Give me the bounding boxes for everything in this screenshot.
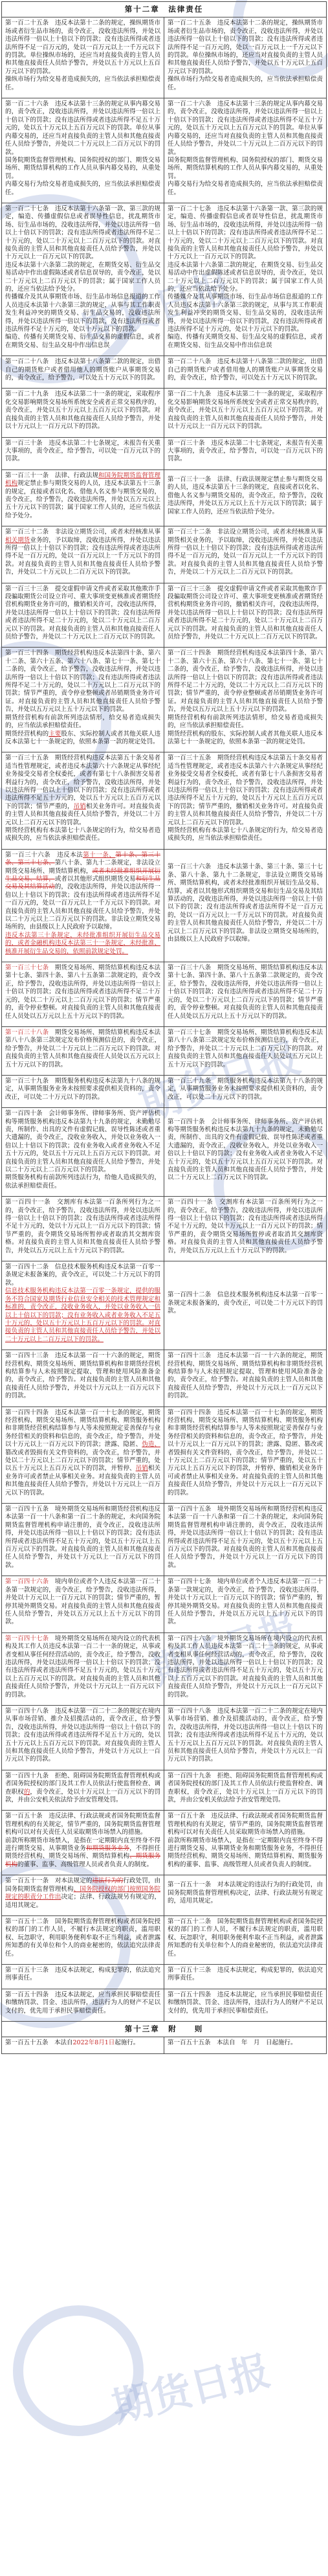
paragraph: 第一百二十九条 违反本法第二十一条的规定，采取程序化交易影响期货交易场所系统安全… [5,390,160,431]
article-row: 第一百三十条 违反本法第二十七条规定，未报告有关重大事项的，责令改正，给予警告，… [2,437,327,469]
paragraph: 编造、传播有关期货交易、衍生品交易的虚假信息，或者在期货交易、衍生品交易中作出信… [168,333,323,350]
text: 操纵市场行为给交易者造成损失的，应当依法承担赔偿责任。 [168,76,323,91]
text: 第一百三十条 违反本法第二十七条规定，未报告有关重大事项的，责令改正，给予警告，… [168,440,323,463]
text: 第一百五十五条 本法自 [5,2039,73,2046]
article-cell-left: 第一百四十三条 违反本法第一百一十六条的规定，期货经营机构、期货交易场所、期货结… [2,1350,164,1407]
article-cell-right: 第一百四十五条 境外期货交易场所和期货经营机构违反本法第一百一十八条和第一百二十… [164,1504,327,1576]
text: 操纵市场行为给交易者造成损失的，应当依法承担赔偿责任。 [5,76,160,91]
red-text: 2022年8月1日 [73,2039,115,2046]
article-cell-right: 第一百二十五条 违反本法第十二条的规定，操纵期货市场或者衍生品市场的，责令改正，… [164,17,327,98]
paragraph: 操纵市场行为给交易者造成损失的，应当依法承担赔偿责任。 [5,76,160,92]
article-cell-right: 第一百三十八条 期货交易场所、期货结算机构违反本法第十七条、第四十条、第八十五条… [164,962,327,1027]
article-row: 第一百五十条 违反法律、行政法规或者国务院期货监督管理机构的有关规定，情节严重的… [2,1811,327,1875]
paragraph: 第一百五十五条 本法自 年 月 日起施行。 [168,2039,323,2047]
paragraph: 第一百二十八条 违反本法第十八条第二款的规定，出借自己的期货账户或者借用他人的期… [168,358,323,382]
paragraph: 第一百五十四条 违反本法规定，应当承担民事赔偿责任和缴纳罚款、罚金、违法所得，违… [168,1991,323,2015]
text: 内幕交易行为给交易者造成损失的，应当依法承担赔偿责任。 [168,181,323,196]
article-cell-left: 第一百五十一条 对本法规定的违法行为的行政处罚，由国务院期货监督管理机构、国务院… [2,1875,164,1916]
text: 第一百二十九条 违反本法第二十一条的规定，采取程序化交易影响期货交易场所系统安全… [5,390,160,430]
text: 第一百五十一条 对本法规定的 [5,1877,92,1884]
article-row: 第一百四十七条 境外期货交易场所在境内设立的代表机构及其工作人员违反本法第一百二… [2,1633,327,1705]
article-row: 第一百四十三条 违反本法第一百一十六条的规定，期货经营机构、期货交易场所、期货结… [2,1350,327,1407]
article-cell-left: 第一百五十三条 违反本法规定，构成犯罪的，依法追究刑事责任。 [2,1964,164,1989]
text: 第一百四十七条 境内单位或者个人违反本法第一百二十条第一款规定的，责令改正，给予… [168,1578,323,1625]
article-cell-right: 第一百三十一条 法律、行政法规规定禁止参与期货交易的人员，违反本法第五十三条的规… [164,469,327,526]
text: 国务院期货监督管理机构、国务院授权的部门、期货交易场所、期货结算机构的工作人员从… [5,157,160,180]
text: 期货经营机构有本法第七十八条规定的行为，给交易者造成损失的，应当依法承担赔偿责任… [5,827,160,842]
text: 第一百五十三条 违反本法规定，构成犯罪的，依法追究刑事责任。 [5,1967,160,1982]
text: 规定禁止参与期货交易的人员，违反本法第五十三条的规定，直接或者以化名、借他人名义… [5,480,160,519]
text: 的董事、监事、高级管理人员或者负责人的制度。 [17,1861,153,1868]
article-row: 第一百三十四条 期货经营机构违反本法第四十条、第六十二条、第六十五条、第六十八条… [2,648,327,752]
text: 第一百五十四条 违反本法规定，应当承担民事赔偿责任和缴纳罚款、罚金、违法所得，违… [168,1991,323,2015]
text: 第一百三十三条 提交虚假申请文件或者采取其他欺诈手段骗取期货公司设立许可、重大事… [168,585,323,640]
article-cell-right: 第一百四十四条 违反本法第一百一十七条的规定，期货经营机构、期货交易场所、期货结… [164,1407,327,1503]
watermark-ring [13,2305,144,2436]
paragraph: 内幕交易行为给交易者造成损失的，应当依法承担赔偿责任。 [168,181,323,197]
deleted-text: 和期货服务业务 [86,1845,129,1852]
text: 期货经营机构的股东、实际控制人或者其他关联人违反本法第七十一条规定的，依照本条第… [168,730,323,745]
article-cell-right: 第一百五十一条 对本法规定的违法行为的行政处罚，由国务院期货监督管理机构决定，法… [164,1875,327,1916]
paragraph: 第一百二十六条 违反本法第十三条的规定从事内幕交易的，责令改正，没收违法所得，并… [5,100,160,157]
article-row: 第一百三十一条 法律、行政法规和国务院期货监督管理机构规定禁止参与期货交易的人员… [2,469,327,526]
red-text: 第一百四十七条 [5,1635,49,1642]
text: 期货交易场所、期货结算机构违反本法第十七条、第四十条、第八十五条第二款规定的，责… [5,964,160,1019]
article-cell-left: 第一百二十七条 违反本法第十六条第一款、第三款的规定，编造、传播虚假信息或者误导… [2,203,164,356]
text: 第一百二十五条 违反本法第十二条的规定，操纵期货市场或者衍生品市场的，责令改正，… [5,19,160,74]
text: 编造、传播有关期货交易、衍生品交易的虚假信息，或者在期货交易、衍生品交易中作出信… [5,333,160,348]
article-cell-left: 第一百三十二条 非法设立期货公司，或者未经核准从事相关期货业务的，予以取缔，没收… [2,526,164,583]
paragraph: 第一百四十九条 拒绝、阻碍国务院期货监督管理机构或者国务院授权的部门及其工作人员… [168,1772,323,1805]
article-cell-right: 第一百二十九条 违反本法第二十一条的规定，采取程序化交易影响期货交易场所系统安全… [164,389,327,437]
text: 第一百五十条 违反法律、行政法规或者国务院期货监督管理机构的有关规定，情节严重的… [168,1813,323,1836]
article-cell-right: 第一百三十二条 非法设立期货公司，或者未经核准从事期货相关业务的，予以取缔，没收… [164,526,327,583]
red-text: 第一百三十七条 [5,964,49,971]
text: 期货经营机构的 [5,730,49,738]
article-cell-right: 第一百三十四条 期货经营机构违反本法第四十条、第六十二条、第六十五条、第六十八条… [164,648,327,752]
article-cell-left: 第一百四十八条 违反本法第一百二十二条的规定在境内从事市场营销、推介及招揽活动的… [2,1705,164,1770]
article-row: 第一百三十六条 违反本法第十一条、第十条、第三十条、第三十七条、第八十条、第九十… [2,849,327,962]
text: 违反本法第十六条第二款的规定，在期货交易、衍生品交易活动中作出虚假陈述或者信息误… [168,262,323,293]
paragraph: 国务院期货监督管理机构、国务院授权的部门、期货交易场所、期货结算机构的工作人员从… [5,157,160,181]
article-row: 第一百五十一条 对本法规定的违法行为的行政处罚，由国务院期货监督管理机构、国务院… [2,1875,327,1916]
text: 第一百三十二条 非法设立期货公司，或者未经核准从事期货相关业务的，予以取缔，没收… [168,528,323,576]
paragraph: 违反本法第十六条第二款的规定，在期货交易、衍生品交易活动中作出虚假陈述或者信息误… [168,262,323,294]
text: 起施行。 [115,2039,139,2046]
paragraph: 第一百四十一条 交割库有本法第一百条所列行为之一的，责令改正，给予警告，没收违法… [168,1199,323,1255]
article-cell-right: 第一百三十七条 期货交易场所、期货结算机构违反本法第八十八条第三款规定发布价格预… [164,1026,327,1075]
paragraph: 第一百四十一条 交割库有本法第一百条所列行为之一的，责令改正，给予警告，没收违法… [5,1199,160,1255]
article-cell-left: 第一百五十四条 违反本法规定，应当承担民事赔偿责任和缴纳罚款、罚金、违法所得，违… [2,1989,164,2021]
article-row: 第一百二十八条 违反本法第十八条第二款的规定，出借自己的期货账户或者借用他人的期… [2,356,327,389]
text: 第一百二十八条 违反本法第十八条第二款的规定，出借自己的期货账户或者借用他人的期… [168,358,323,381]
paragraph: 第一百五十四条 违反本法规定，应当承担民事赔偿责任和缴纳罚款、罚金、违法所得，违… [5,1991,160,2015]
article-cell-left: 第一百二十九条 违反本法第二十一条的规定，采取程序化交易影响期货交易场所系统安全… [2,389,164,437]
text: 第一百二十七条 违反本法第十六条第一款、第三款的规定，编造、传播虚假信息或者误导… [5,205,160,260]
paragraph: 传播媒介及其从事期货市场、衍生品市场信息报道的工作人员违反本法第十六条第三款的规… [5,293,160,333]
paragraph: 期货经营机构有前款所列违法情形，给交易者造成损失的，应当依法承担赔偿责任。 [168,714,323,730]
paragraph: 第一百二十七条 违反本法第十六条第一款、第三款的规定，编造、传播虚假信息或者误导… [5,205,160,262]
article-cell-left: 第一百四十五条 境外期货交易场所和期货经营机构违反本法第一百一十八条和第一百二十… [2,1504,164,1576]
paragraph: 第一百三十五条 期货经营机构违反本法第五十条交易者适当性管理规定，或者违反本法第… [5,754,160,827]
text: 第一百五十四条 违反本法规定，应当承担民事赔偿责任和缴纳罚款、罚金、违法所得，违… [5,1991,160,2015]
paragraph: 传播媒介及其从事期货市场、衍生品市场信息报道的工作人员违反本法第十六条第三款的规… [168,293,323,333]
article-cell-right: 第一百五十条 违反法律、行政法规或者国务院期货监督管理机构的有关规定，情节严重的… [164,1811,327,1875]
document-page: 期货日报期货日报期货日报期货日报 第十二章 法律责任第一百二十五条 违反本法第十… [0,0,328,2576]
paragraph: 期货经营机构有本法第七十八条规定的行为，给交易者造成损失的，应当依法承担赔偿责任… [168,827,323,843]
text: 第一百三十二条 非法设立期货公司，或者未经核准从事 [5,528,160,536]
paragraph: 第一百三十八条 期货交易场所、期货结算机构违反本法第八十八条第三款规定发布价格预… [5,1029,160,1069]
paragraph: 第一百三十四条 期货经营机构违反本法第四十条、第六十二条、第六十五条、第六十八条… [5,650,160,714]
article-row: 第一百二十六条 违反本法第十三条的规定从事内幕交易的，责令改正，没收违法所得，并… [2,98,327,203]
text: 第一百三十四条 期货经营机构违反本法第四十条、第六十二条、第六十五条、第六十八条… [5,650,160,713]
text: 第一百二十五条 违反本法第十二条的规定，操纵期货市场或者衍生品市场的，责令改正，… [168,19,323,74]
article-row: 第一百三十三条 提交虚假申请文件或者采取其他欺诈手段骗取期货公司设立许可、重大事… [2,583,327,648]
paragraph: 第一百二十六条 违反本法第十三条的规定从事内幕交易的，责令改正，没收违法所得，并… [168,100,323,157]
article-cell-right: 第一百三十九条 期货服务机构违反本法第九十八条的规定，从事期货服务业务未按照要求… [164,1075,327,1107]
paragraph: 前款所称期货市场禁入，是指在一定期限内直至终身不得进行期货交易、从事期货业务和期… [5,1837,160,1870]
article-cell-left: 第一百五十二条 国务院期货监督管理机构或者国务院授权的部门的工作人员，不履行本法… [2,1915,164,1964]
article-cell-right: 第一百二十八条 违反本法第十八条第二款的规定，出借自己的期货账户或者借用他人的期… [164,356,327,389]
text: 境外期货交易场所在境内设立的代表机构及其工作人员违反本法第一百二十一条的规定，从… [5,1635,160,1699]
article-cell-left: 第一百三十六条 违反本法第十一条、第十条、第三十条、第三十七条、第八十条、第九十… [2,849,164,962]
paragraph: 前款所称期货市场禁入，是指在一定期限内直至终身不得进行期货交易、从事期货业务和期… [168,1837,323,1870]
paragraph: 编造、传播有关期货交易、衍生品交易的虚假信息，或者在期货交易、衍生品交易中作出信… [5,333,160,350]
text: 前款所称期货市场禁入，是指在一定期限内直至终身不得进行期货交易、从事期货业务和期… [168,1837,323,1868]
paragraph: 第一百三十条 违反本法第二十七条规定，未报告有关重大事项的，责令改正，给予警告，… [168,440,323,464]
paragraph: 第一百四十五条 境外期货交易场所和期货经营机构违反本法第一百一十八条和第一百二十… [168,1506,323,1570]
paragraph: 第一百三十二条 非法设立期货公司，或者未经核准从事相关期货业务的，予以取缔，没收… [5,528,160,576]
paragraph: 第一百三十四条 期货经营机构违反本法第四十条、第六十二条、第六十五条、第六十八条… [168,650,323,714]
paragraph: 第一百三十一条 法律、行政法规规定禁止参与期货交易的人员，违反本法第五十三条的规… [168,476,323,516]
inserted-text: 吊销 [74,803,86,810]
paragraph: 第一百三十一条 法律、行政法规和国务院期货监督管理机构规定禁止参与期货交易的人员… [5,472,160,520]
paragraph: 第一百四十七条 境内单位或者个人违反本法第一百二十条第一款规定的，责令改正，给予… [168,1578,323,1626]
paragraph: 第一百四十六条 境内单位或者个人违反本法第一百二十条第一款规定的，责令改正，给予… [5,1578,160,1626]
paragraph: 第一百四十条 会计师事务所、律师事务所、资产评估机构等期货服务机构违反本法第九十… [168,1118,323,1182]
paragraph: 第一百三十八条 期货交易场所、期货结算机构违反本法第十七条、第四十条、第八十五条… [168,964,323,1021]
article-cell-right: 第一百五十四条 违反本法规定，应当承担民事赔偿责任和缴纳罚款、罚金、违法所得，违… [164,1989,327,2021]
paragraph: 第一百二十七条 违反本法第十六条第一款、第三款的规定，编造、传播虚假信息或者误导… [168,205,323,262]
inserted-text: 主要 [49,730,61,738]
text: 第一百五十二条 国务院期货监督管理机构或者国务院授权的部门的工作人员，不履行本法… [168,1918,323,1958]
paragraph: 第一百二十八条 违反本法第十八条第二款的规定，出借自己的期货账户或者借用他人的期… [5,358,160,382]
article-cell-right: 第一百四十条 会计师事务所、律师事务所、资产评估机构等期货服务机构违反本法第九十… [164,1108,327,1197]
article-cell-left: 第一百四十九条 拒绝、阻碍国务院期货监督管理机构或者国务院授权的部门及其工作人员… [2,1770,164,1811]
paragraph: 第一百五十二条 国务院期货监督管理机构或者国务院授权的部门的工作人员，不履行本法… [5,1918,160,1958]
article-row: 第一百五十三条 违反本法规定，构成犯罪的，依法追究刑事责任。第一百五十三条 违反… [2,1964,327,1989]
paragraph: 第一百三十三条 提交虚假申请文件或者采取其他欺诈手段骗取期货公司设立许可、重大事… [5,585,160,642]
text: 第一百四十条 会计师事务所、律师事务所、资产评估机构等期货服务机构违反本法第九十… [5,1110,160,1173]
paragraph: 第一百四十三条 违反本法第一百一十六条的规定，期货经营机构、期货交易场所、期货结… [168,1352,323,1400]
text: 第一百四十五条 境外期货交易场所和期货经营机构违反本法第一百一十八条和第一百二十… [5,1506,160,1569]
red-text: 第一百三十八条 [5,1029,49,1036]
article-cell-right: 第一百四十一条 交割库有本法第一百条所列行为之一的，责令改正，给予警告，没收违法… [164,1197,327,1261]
text: 第一百三十八条 期货交易场所、期货结算机构违反本法第十七条、第四十条、第八十五条… [168,964,323,1019]
text: 第一百三十四条 期货经营机构违反本法第四十条、第六十二条、第六十五条、第六十八条… [168,650,323,713]
paragraph: 第一百二十九条 违反本法第二十一条的规定，采取程序化交易影响期货交易场所系统安全… [168,390,323,431]
article-row: 第一百三十二条 非法设立期货公司，或者未经核准从事相关期货业务的，予以取缔，没收… [2,526,327,583]
paragraph: 第一百三十三条 提交虚假申请文件或者采取其他欺诈手段骗取期货公司设立许可、重大事… [168,585,323,642]
article-cell-right: 第一百二十七条 违反本法第十六条第一款、第三款的规定，编造、传播虚假信息或者误导… [164,203,327,356]
paragraph: 第一百二十五条 违反本法第十二条的规定，操纵期货市场或者衍生品市场的，责令改正，… [5,19,160,76]
text: 第一百四十六条 境外期货交易场所在境内设立的代表机构及其工作人员违反本法第一百二… [168,1635,323,1699]
comparison-table-body: 第十二章 法律责任第一百二十五条 违反本法第十二条的规定，操纵期货市场或者衍生品… [2,2,327,2054]
paragraph: 第一百三十二条 非法设立期货公司，或者未经核准从事期货相关业务的，予以取缔，没收… [168,528,323,576]
article-cell-left: 第一百三十一条 法律、行政法规和国务院期货监督管理机构规定禁止参与期货交易的人员… [2,469,164,526]
text: 第一百三十六条 违反本法 [5,852,83,859]
text: 第一百四十五条 境外期货交易场所和期货经营机构违反本法第一百一十八条和第一百二十… [168,1506,323,1569]
article-row: 第一百二十九条 违反本法第二十一条的规定，采取程序化交易影响期货交易场所系统安全… [2,389,327,437]
paragraph: 第一百四十五条 境外期货交易场所和期货经营机构违反本法第一百一十八条和第一百二十… [5,1506,160,1570]
article-cell-left: 第一百五十五条 本法自2022年8月1日起施行。 [2,2037,164,2053]
article-row: 第一百三十九条 期货服务机构违反本法第九十八条的规定，从事期货服务业务未按照要求… [2,1075,327,1107]
text: 第一百二十八条 违反本法第十八条第二款的规定，出借自己的期货账户或者借用他人的期… [5,358,160,381]
paragraph: 第一百五十条 违反法律、行政法规或者国务院期货监督管理机构的有关规定，情节严重的… [168,1813,323,1836]
article-cell-right: 第一百四十二条 信息技术服务机构违反本法第一百零一条规定未报备案的，责令改正，可… [164,1261,327,1350]
article-row: 第一百四十九条 拒绝、阻碍国务院期货监督管理机构或者国务院授权的部门及其工作人员… [2,1770,327,1811]
inserted-text: 的 [24,1789,30,1796]
article-cell-left: 第一百四十二条 信息技术服务机构违反本法第一百零一条规定未报备案的，责令改正，可… [2,1261,164,1350]
paragraph: 第一百五十二条 国务院期货监督管理机构或者国务院授权的部门的工作人员，不履行本法… [168,1918,323,1958]
article-cell-left: 第一百三十八条 期货交易场所、期货结算机构违反本法第八十八条第三款规定发布价格预… [2,1026,164,1075]
paragraph: 第一百四十四条 违反本法第一百一十七条的规定，期货经营机构、期货交易场所、期货结… [168,1409,323,1497]
paragraph: 第一百四十三条 违反本法第一百一十六条的规定，期货经营机构、期货交易场所、期货结… [5,1352,160,1400]
paragraph: 第一百三十七条 期货交易场所、期货结算机构违反本法第八十八条第三款规定发布价格预… [168,1029,323,1069]
text: 或者以其他形式组织期货交易 [55,876,136,883]
chapter-title: 第十三章 附 则 [2,2021,327,2037]
text: 传播媒介及其从事期货市场、衍生品市场信息报道的工作人员违反本法第十六条第三款的规… [5,293,160,333]
text: 内幕交易行为给交易者造成损失的，应当依法承担赔偿责任。 [5,181,160,196]
text: 期货经营机构有前款所列违法情形，给交易者造成损失的，应当依法承担赔偿责任。 [5,714,160,729]
paragraph: 第一百四十七条 境外期货交易场所在境内设立的代表机构及其工作人员违反本法第一百二… [5,1635,160,1699]
text: 第一百四十八条 违反本法第一百二十二条的规定在境内从事市场营销、推介及招揽活动的… [168,1708,323,1763]
article-cell-left: 第一百三十九条 期货服务机构违反本法第九十八条的规定，从事期货服务业务未按照要求… [2,1075,164,1107]
article-cell-left: 第一百四十条 会计师事务所、律师事务所、资产评估机构等期货服务机构违反本法第九十… [2,1108,164,1197]
paragraph: 第一百五十一条 对本法规定的违法行为的行政处罚，由国务院期货监督管理机构、国务院… [5,1877,160,1910]
text: 第一百四十一条 交割库有本法第一百条所列行为之一的，责令改正，给予警告，没收违法… [5,1199,160,1254]
text: 第一百四十四条 违反本法第一百一十七条的规定，期货经营机构、期货交易场所、期货结… [5,1409,160,1449]
paragraph: 内幕交易行为给交易者造成损失的，应当依法承担赔偿责任。 [5,181,160,197]
text: 期货经营机构有本法第七十八条规定的行为，给交易者造成损失的，应当依法承担赔偿责任… [168,827,323,842]
article-cell-left: 第一百三十三条 提交虚假申请文件或者采取其他欺诈手段骗取期货公司设立许可、重大事… [2,583,164,648]
paragraph: 第一百四十八条 违反本法第一百二十二条的规定在境内从事市场营销、推介及招揽活动的… [5,1708,160,1764]
paragraph: 第一百二十五条 违反本法第十二条的规定，操纵期货市场或者衍生品市场的，责令改正，… [168,19,323,76]
text: 第一百三十五条 期货经营机构违反本法第五十条交易者适当性管理规定，或者违反本法第… [5,754,160,809]
text: 第一百三十一条 法律、行政法规规定禁止参与期货交易的人员，违反本法第五十三条的规… [168,476,323,515]
chapter-row: 第十二章 法律责任 [2,2,327,17]
article-cell-left: 第一百四十四条 违反本法第一百一十七条的规定，期货经营机构、期货交易场所、期货结… [2,1407,164,1503]
paragraph: 违反本法第三十条规定，未经批准组织开展衍生品交易的，或者金融机构违反本法第三十一… [5,932,160,956]
text: 第一百四十三条 违反本法第一百一十六条的规定，期货经营机构、期货交易场所、期货结… [168,1352,323,1399]
text: 国务院期货监督管理机构、国务院授权的部门、期货交易场所、期货结算机构的工作人员从… [168,157,323,180]
inserted-text: 第十一条、 [83,852,115,859]
watermark-text: 期货日报 [105,2338,275,2433]
inserted-text: 相关期货 [5,537,30,544]
article-row: 第一百四十六条 境内单位或者个人违反本法第一百二十条第一款规定的，责令改正，给予… [2,1576,327,1633]
paragraph: 期货经营机构的股东、实际控制人或者其他关联人违反本法第七十一条规定的，依照本条第… [168,730,323,747]
text: 第一百四十四条 违反本法第一百一十七条的规定，期货经营机构、期货交易场所、期货结… [168,1409,323,1497]
text: 第一百二十九条 违反本法第二十一条的规定，采取程序化交易影响期货交易场所系统安全… [168,390,323,430]
text: 第一百四十条 会计师事务所、律师事务所、资产评估机构等期货服务机构违反本法第九十… [168,1118,323,1182]
text: 第一百三十三条 提交虚假申请文件或者采取其他欺诈手段骗取期货公司设立许可、重大事… [5,585,160,640]
article-cell-right: 第一百四十七条 境内单位或者个人违反本法第一百二十条第一款规定的，责令改正，给予… [164,1576,327,1633]
text: 第一百三十九条 期货服务机构违反本法第九十八条的规定，从事期货服务业务未按照要求… [168,1078,323,1101]
article-row: 第一百五十五条 本法自2022年8月1日起施行。第一百五十五条 本法自 年 月 … [2,2037,327,2053]
text: 第一百五十条 违反法律、行政法规或者国务院期货监督管理机构的有关规定，情节严重的… [5,1813,160,1836]
article-row: 第一百四十二条 信息技术服务机构违反本法第一百零一条规定未报备案的，责令改正，可… [2,1261,327,1350]
paragraph: 期货服务机构有前款所列违法行为，给他人造成损失的，依法承担赔偿责任。 [5,1174,160,1190]
paragraph: 期货经营机构有本法第七十八条规定的行为，给交易者造成损失的，应当依法承担赔偿责任… [5,827,160,843]
paragraph: 第一百五十三条 违反本法规定，构成犯罪的，依法追究刑事责任。 [168,1967,323,1983]
text: 编造、传播有关期货交易、衍生品交易的虚假信息，或者在期货交易、衍生品交易中作出信… [168,333,323,348]
article-cell-right: 第一百二十六条 违反本法第十三条的规定从事内幕交易的，责令改正，没收违法所得，并… [164,98,327,203]
paragraph: 第一百五十三条 违反本法规定，构成犯罪的，依法追究刑事责任。 [5,1967,160,1983]
article-cell-right: 第一百四十九条 拒绝、阻碍国务院期货监督管理机构或者国务院授权的部门及其工作人员… [164,1770,327,1811]
paragraph: 第一百三十六条 违反本法第十条、第三十条、第三十七条、第八十条、第九十二条规定，… [168,863,323,943]
article-cell-left: 第一百三十四条 期货经营机构违反本法第四十条、第六十二条、第六十五条、第六十八条… [2,648,164,752]
paragraph: 第一百四十八条 违反本法第一百二十二条的规定在境内从事市场营销、推介及招揽活动的… [168,1708,323,1764]
paragraph: 第一百五十一条 对本法规定的违法行为的行政处罚，由国务院期货监督管理机构决定，法… [168,1881,323,1905]
paragraph: 信息技术服务机构违反本法第一百零一条规定，提供的服务不符合国家及期货行业信息安全… [5,1287,160,1344]
paragraph: 第一百三十五条 期货经营机构违反本法第五十条交易者适当性管理规定，或者违反本法第… [168,754,323,827]
article-cell-right: 第一百四十三条 违反本法第一百一十六条的规定，期货经营机构、期货交易场所、期货结… [164,1350,327,1407]
article-cell-left: 第一百二十五条 违反本法第十二条的规定，操纵期货市场或者衍生品市场的，责令改正，… [2,17,164,98]
text: 第一百五十三条 违反本法规定，构成犯罪的，依法追究刑事责任。 [168,1967,323,1982]
text: 第一百三十九条 期货服务机构违反本法第九十八条的规定，从事期货服务业务未按照要求… [5,1078,160,1101]
article-cell-left: 第一百四十一条 交割库有本法第一百条所列行为之一的，责令改正，给予警告，没收违法… [2,1197,164,1261]
article-cell-left: 第一百三十五条 期货经营机构违反本法第五十条交易者适当性管理规定，或者违反本法第… [2,752,164,849]
text: 第一百三十六条 违反本法第十条、第三十条、第三十七条、第八十条、第九十二条规定，… [168,863,323,943]
article-cell-right: 第一百四十八条 违反本法第一百二十二条的规定在境内从事市场营销、推介及招揽活动的… [164,1705,327,1770]
paragraph: 国务院期货监督管理机构、国务院授权的部门、期货交易场所、期货结算机构的工作人员从… [168,157,323,181]
article-cell-left: 第一百四十七条 境外期货交易场所在境内设立的代表机构及其工作人员违反本法第一百二… [2,1633,164,1705]
text: 违反本法第十六条第二款的规定，在期货交易、衍生品交易活动中作出虚假陈述或者信息误… [5,262,160,293]
inserted-text: 吊销 [136,1465,148,1472]
text: 期货服务机构有前款所列违法行为，给他人造成损失的，依法承担赔偿责任。 [5,1174,160,1189]
article-row: 第一百四十条 会计师事务所、律师事务所、资产评估机构等期货服务机构违反本法第九十… [2,1108,327,1197]
paragraph: 第一百四十条 会计师事务所、律师事务所、资产评估机构等期货服务机构违反本法第九十… [5,1110,160,1174]
text: 第一百四十一条 交割库有本法第一百条所列行为之一的，责令改正，给予警告，没收违法… [168,1199,323,1254]
paragraph: 第一百四十九条 拒绝、阻碍国务院期货监督管理机构或者国务院授权的部门及其工作人员… [5,1772,160,1805]
paragraph: 第一百三十六条 违反本法第十一条、第十条、第三十条、第三十七条、第八十条、第九十… [5,852,160,932]
article-row: 第一百四十四条 违反本法第一百一十七条的规定，期货经营机构、期货交易场所、期货结… [2,1407,327,1503]
deleted-text: 违法行为的 [92,1877,123,1884]
chapter-title: 第十二章 法律责任 [2,2,327,17]
article-cell-right: 第一百三十三条 提交虚假申请文件或者采取其他欺诈手段骗取期货公司设立许可、重大事… [164,583,327,648]
paragraph: 第一百四十二条 信息技术服务机构违反本法第一百零一条规定未报备案的，责令改正，可… [5,1263,160,1287]
paragraph: 第一百四十六条 境外期货交易场所在境内设立的代表机构及其工作人员违反本法第一百二… [168,1635,323,1699]
article-cell-left: 第一百三十条 违反本法第二十七条规定，未报告有关重大事项的，责令改正，给予警告，… [2,437,164,469]
text: 第一百二十六条 违反本法第十三条的规定从事内幕交易的，责令改正，没收违法所得，并… [168,100,323,155]
comparison-table: 第十二章 法律责任第一百二十五条 违反本法第十二条的规定，操纵期货市场或者衍生品… [1,1,327,2054]
article-row: 第一百五十二条 国务院期货监督管理机构或者国务院授权的部门的工作人员，不履行本法… [2,1915,327,1964]
text: 第一百五十二条 国务院期货监督管理机构或者国务院授权的部门的工作人员，不履行本法… [5,1918,160,1958]
text: 第一百三十五条 期货经营机构违反本法第五十条交易者适当性管理规定，或者违反本法第… [168,754,323,826]
text: 第一百五十一条 对本法规定的违法行为的行政处罚，由国务院期货监督管理机构决定，法… [168,1881,323,1904]
text: 第一百二十七条 违反本法第十六条第一款、第三款的规定，编造、传播虚假信息或者误导… [168,205,323,260]
text: 第一百四十八条 违反本法第一百二十二条的规定在境内从事市场营销、推介及招揽活动的… [5,1708,160,1763]
article-row: 第一百三十七条 期货交易场所、期货结算机构违反本法第十七条、第四十条、第八十五条… [2,962,327,1027]
article-cell-left: 第一百三十七条 期货交易场所、期货结算机构违反本法第十七条、第四十条、第八十五条… [2,962,164,1027]
inserted-text: 伪造、 [142,1441,160,1448]
article-cell-right: 第一百三十五条 期货经营机构违反本法第五十条交易者适当性管理规定，或者违反本法第… [164,752,327,849]
text: 期货经营机构有前款所列违法情形，给交易者造成损失的，应当依法承担赔偿责任。 [168,714,323,729]
paragraph: 第一百三十九条 期货服务机构违反本法第九十八条的规定，从事期货服务业务未按照要求… [168,1078,323,1102]
paragraph: 违反本法第十六条第二款的规定，在期货交易、衍生品交易活动中作出虚假陈述或者信息误… [5,262,160,294]
paragraph: 第一百三十七条 期货交易场所、期货结算机构违反本法第十七条、第四十条、第八十五条… [5,964,160,1021]
text: 第一百五十五条 本法自 年 月 日起施行。 [168,2039,297,2046]
article-cell-left: 第一百二十八条 违反本法第十八条第二款的规定，出借自己的期货账户或者借用他人的期… [2,356,164,389]
article-row: 第一百五十四条 违反本法规定，应当承担民事赔偿责任和缴纳罚款、罚金、违法所得，违… [2,1989,327,2021]
article-row: 第一百四十五条 境外期货交易场所和期货经营机构违反本法第一百一十八条和第一百二十… [2,1504,327,1576]
text: 第一百四十九条 拒绝、阻碍国务院期货监督管理机构或者国务院授权的部门及其工作人员… [168,1772,323,1803]
article-row: 第一百二十七条 违反本法第十六条第一款、第三款的规定，编造、传播虚假信息或者误导… [2,203,327,356]
article-row: 第一百二十五条 违反本法第十二条的规定，操纵期货市场或者衍生品市场的，责令改正，… [2,17,327,98]
paragraph: 第一百五十五条 本法自2022年8月1日起施行。 [5,2039,160,2047]
text: 第一百三十一条 法律、行政法规 [5,472,98,479]
text: 第一百四十二条 信息技术服务机构违反本法第一百零一条规定未报备案的，责令改正，可… [168,1291,323,1315]
article-cell-right: 第一百五十二条 国务院期货监督管理机构或者国务院授权的部门的工作人员，不履行本法… [164,1915,327,1964]
paragraph: 第一百三十九条 期货服务机构违反本法第九十八条的规定，从事期货服务业务未按照要求… [5,1078,160,1102]
article-row: 第一百四十一条 交割库有本法第一百条所列行为之一的，责令改正，给予警告，没收违法… [2,1197,327,1261]
text: 第一百三十七条 期货交易场所、期货结算机构违反本法第八十八条第三款规定发布价格预… [168,1029,323,1068]
paragraph: 第一百三十条 违反本法第二十七条规定，未报告有关重大事项的，责令改正，给予警告，… [5,440,160,464]
article-cell-right: 第一百五十三条 违反本法规定，构成犯罪的，依法追究刑事责任。 [164,1964,327,1989]
article-cell-right: 第一百五十五条 本法自 年 月 日起施行。 [164,2037,327,2053]
inserted-text: 违反本法第三十条规定，未经批准组织开展衍生品交易的，或者金融机构违反本法第三十一… [5,932,160,955]
text: 第一百四十三条 违反本法第一百一十六条的规定，期货经营机构、期货交易场所、期货结… [5,1352,160,1399]
article-row: 第一百三十五条 期货经营机构违反本法第五十条交易者适当性管理规定，或者违反本法第… [2,752,327,849]
article-cell-right: 第一百四十六条 境外期货交易场所在境内设立的代表机构及其工作人员违反本法第一百二… [164,1633,327,1705]
text: 第一百三十条 违反本法第二十七条规定，未报告有关重大事项的，责令改正，给予警告，… [5,440,160,463]
text: 第一百二十六条 违反本法第十三条的规定从事内幕交易的，责令改正，没收违法所得，并… [5,100,160,155]
text: 第一百四十二条 信息技术服务机构违反本法第一百零一条规定未报备案的，责令改正，可… [5,1263,160,1287]
paragraph: 期货经营机构有前款所列违法情形，给交易者造成损失的，应当依法承担赔偿责任。 [5,714,160,730]
article-cell-left: 第一百二十六条 违反本法第十三条的规定从事内幕交易的，责令改正，没收违法所得，并… [2,98,164,203]
paragraph: 第一百四十四条 违反本法第一百一十七条的规定，期货经营机构、期货交易场所、期货结… [5,1409,160,1497]
text: 传播媒介及其从事期货市场、衍生品市场信息报道的工作人员违反本法第十六条第三款的规… [168,293,323,333]
paragraph: 第一百四十二条 信息技术服务机构违反本法第一百零一条规定未报备案的，责令改正，可… [168,1291,323,1315]
article-cell-left: 第一百五十条 违反法律、行政法规或者国务院期货监督管理机构的有关规定，情节严重的… [2,1811,164,1875]
paragraph: 第一百五十条 违反法律、行政法规或者国务院期货监督管理机构的有关规定，情节严重的… [5,1813,160,1836]
chapter-row: 第十三章 附 则 [2,2021,327,2037]
red-text: 第一百四十六条 [5,1578,49,1585]
paragraph: 操纵市场行为给交易者造成损失的，应当依法承担赔偿责任。 [168,76,323,92]
article-row: 第一百三十八条 期货交易场所、期货结算机构违反本法第八十八条第三款规定发布价格预… [2,1026,327,1075]
article-cell-right: 第一百三十条 违反本法第二十七条规定，未报告有关重大事项的，责令改正，给予警告，… [164,437,327,469]
article-cell-left: 第一百四十六条 境内单位或者个人违反本法第一百二十条第一款规定的，责令改正，给予… [2,1576,164,1633]
paragraph: 期货经营机构的主要股东、实际控制人或者其他关联人违反本法第七十一条规定的，依照本… [5,730,160,747]
inserted-text: 信息技术服务机构违反本法第一百零一条规定，提供的服务不符合国家及期货行业信息安全… [5,1287,160,1342]
article-row: 第一百四十八条 违反本法第一百二十二条的规定在境内从事市场营销、推介及招揽活动的… [2,1705,327,1770]
article-cell-right: 第一百三十六条 违反本法第十条、第三十条、第三十七条、第八十条、第九十二条规定，… [164,849,327,962]
